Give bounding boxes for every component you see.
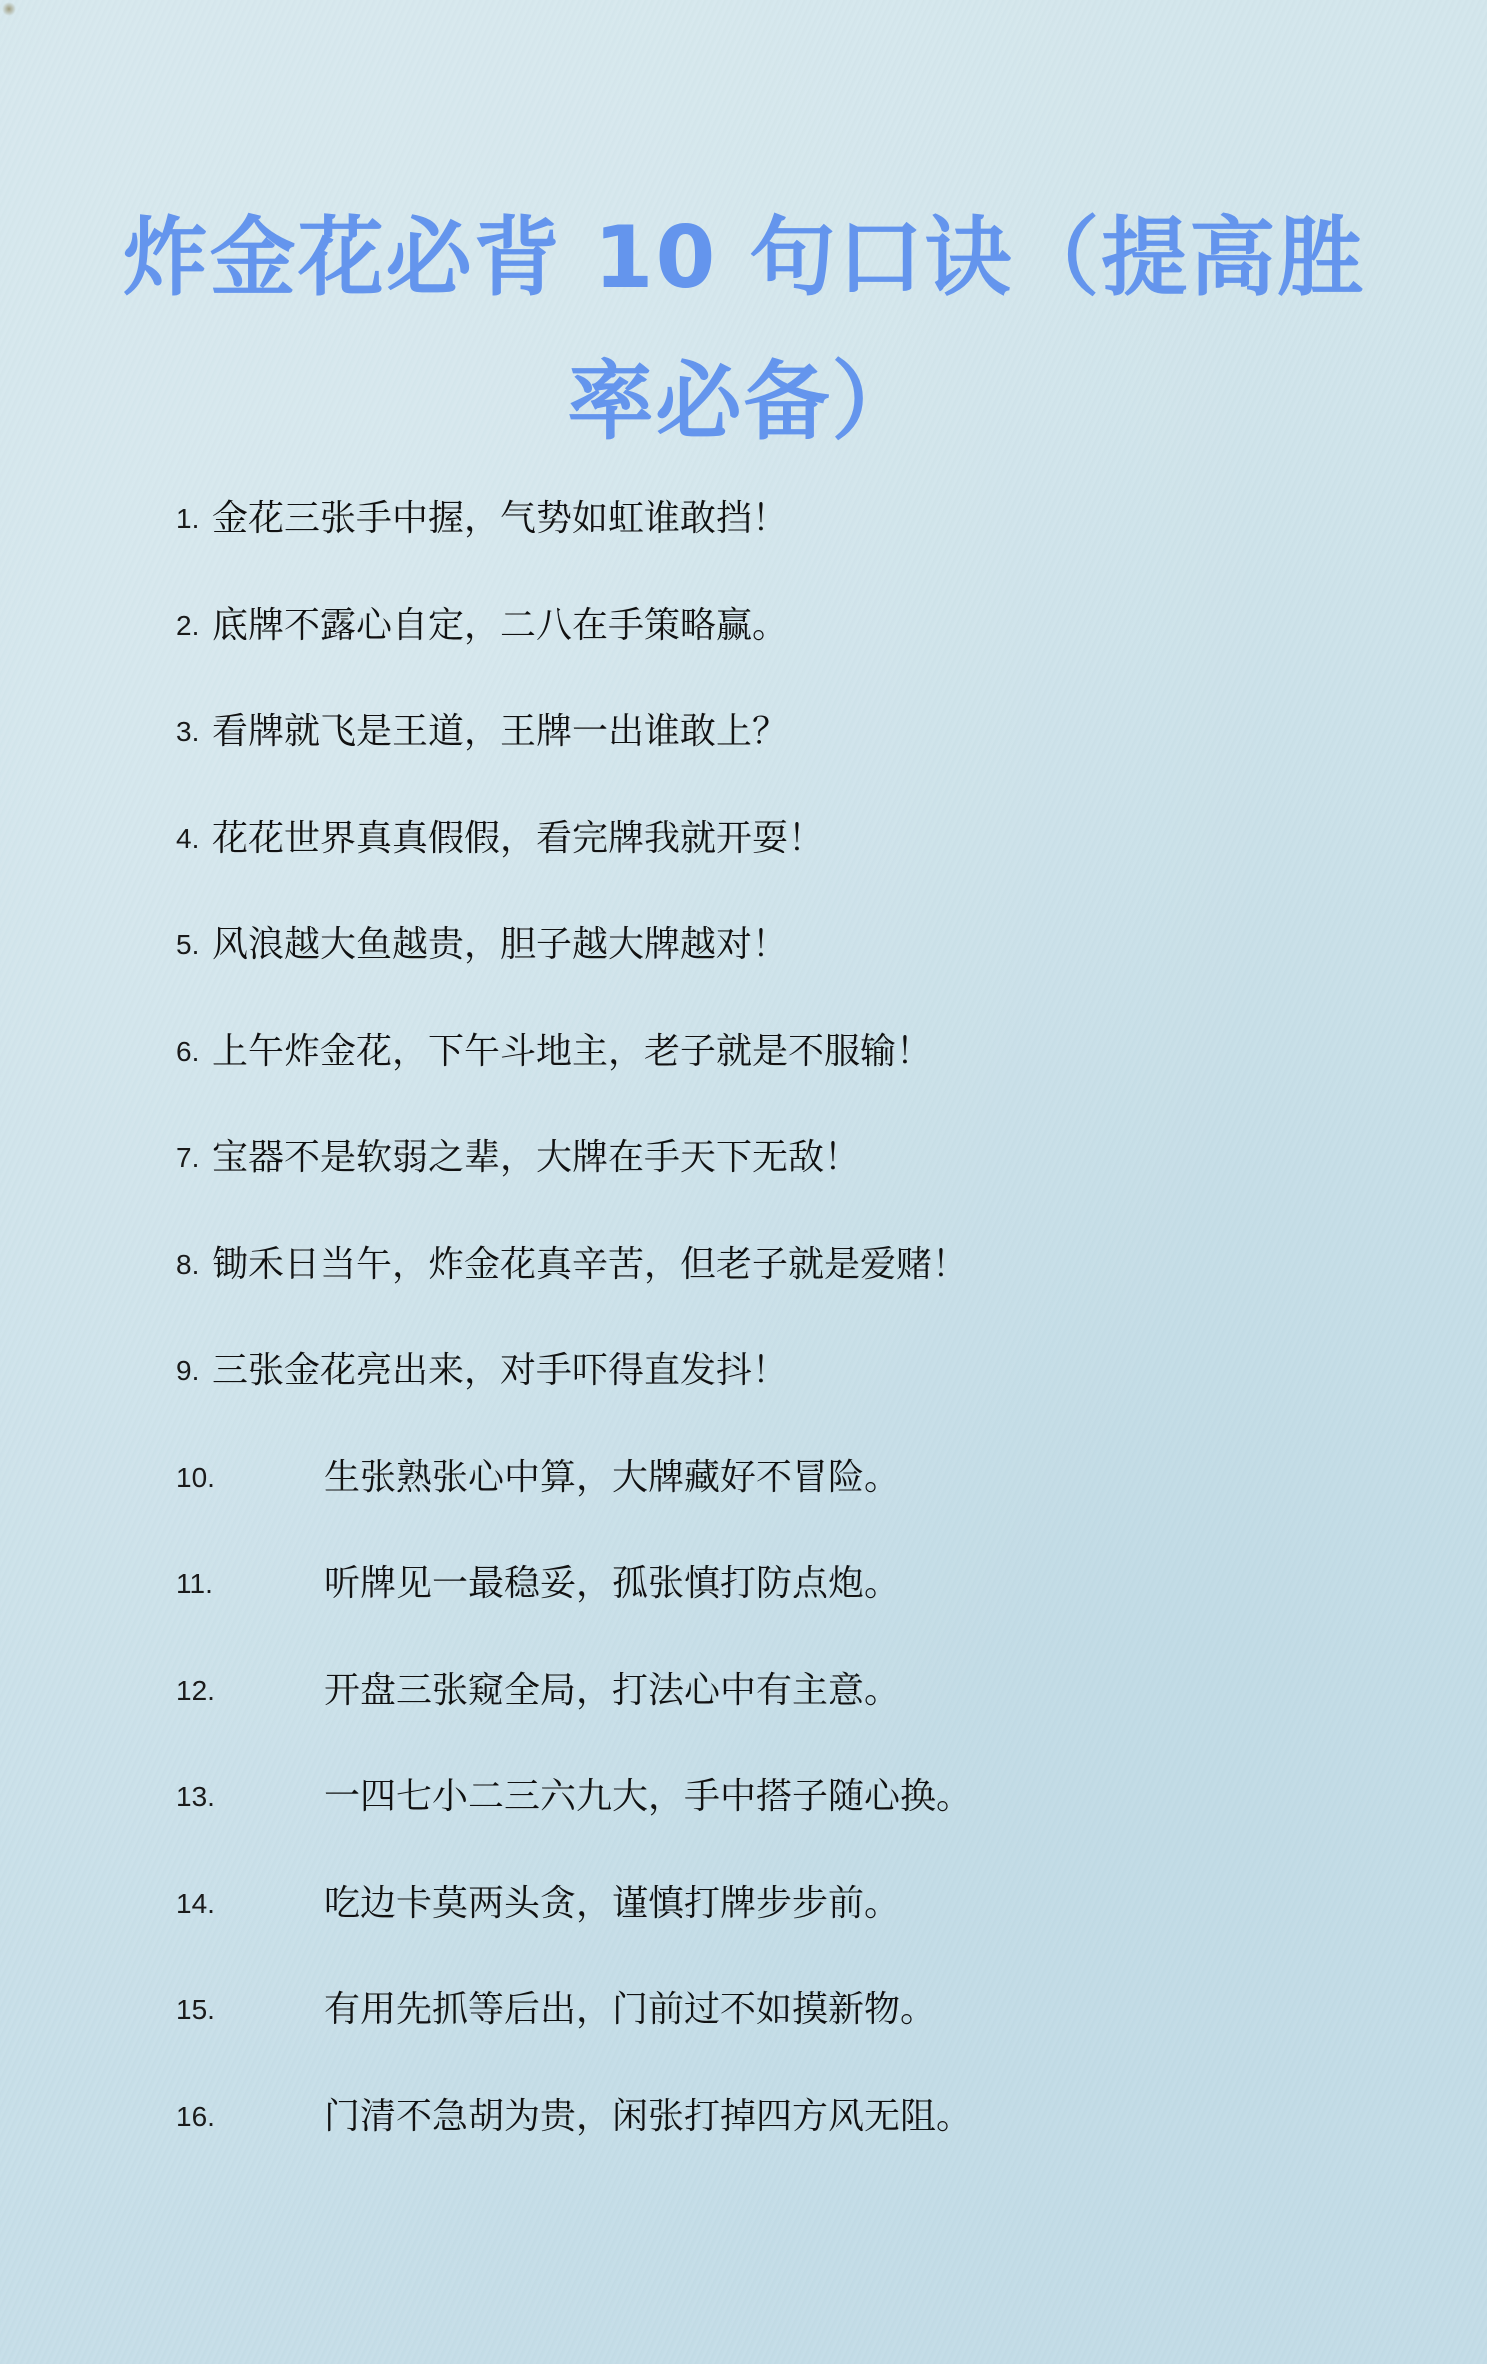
list-item: 15. 有用先抓等后出，门前过不如摸新物。 [176,1981,1376,2088]
list-item: 2. 底牌不露心自定，二八在手策略赢。 [176,597,1376,704]
item-text: 开盘三张窥全局，打法心中有主意。 [324,1662,900,1720]
item-number: 4. [176,810,212,868]
item-number: 13. [176,1768,324,1826]
item-number: 5. [176,916,212,974]
item-text: 生张熟张心中算，大牌藏好不冒险。 [324,1449,900,1507]
item-text: 听牌见一最稳妥，孤张慎打防点炮。 [324,1555,900,1613]
page-title: 炸金花必背 10 句口诀（提高胜 率必备） [0,186,1487,474]
item-number: 2. [176,597,212,655]
list-item: 10. 生张熟张心中算，大牌藏好不冒险。 [176,1449,1376,1556]
item-number: 12. [176,1662,324,1720]
item-number: 14. [176,1875,324,1933]
item-text: 金花三张手中握，气势如虹谁敢挡！ [212,490,788,548]
list-item: 13. 一四七小二三六九大，手中搭子随心换。 [176,1768,1376,1875]
list-item: 3. 看牌就飞是王道，王牌一出谁敢上？ [176,703,1376,810]
item-number: 6. [176,1023,212,1081]
paper-stain-mark [2,2,16,16]
item-text: 吃边卡莫两头贪，谨慎打牌步步前。 [324,1875,900,1933]
list-item: 5. 风浪越大鱼越贵，胆子越大牌越对！ [176,916,1376,1023]
list-item: 1. 金花三张手中握，气势如虹谁敢挡！ [176,490,1376,597]
item-number: 7. [176,1129,212,1187]
item-number: 15. [176,1981,324,2039]
item-text: 底牌不露心自定，二八在手策略赢。 [212,597,788,655]
title-line-2: 率必备） [0,330,1487,474]
item-text: 一四七小二三六九大，手中搭子随心换。 [324,1768,972,1826]
list-item: 4. 花花世界真真假假，看完牌我就开耍！ [176,810,1376,917]
item-number: 3. [176,703,212,761]
item-text: 上午炸金花，下午斗地主，老子就是不服输！ [212,1023,932,1081]
item-text: 锄禾日当午，炸金花真辛苦，但老子就是爱赌！ [212,1236,968,1294]
list-item: 6. 上午炸金花，下午斗地主，老子就是不服输！ [176,1023,1376,1130]
list-item: 7. 宝器不是软弱之辈，大牌在手天下无敌！ [176,1129,1376,1236]
item-text: 有用先抓等后出，门前过不如摸新物。 [324,1981,936,2039]
list-item: 12. 开盘三张窥全局，打法心中有主意。 [176,1662,1376,1769]
item-text: 三张金花亮出来，对手吓得直发抖！ [212,1342,788,1400]
list-item: 16. 门清不急胡为贵，闲张打掉四方风无阻。 [176,2088,1376,2195]
item-text: 看牌就飞是王道，王牌一出谁敢上？ [212,703,788,761]
list-item: 9. 三张金花亮出来，对手吓得直发抖！ [176,1342,1376,1449]
item-text: 风浪越大鱼越贵，胆子越大牌越对！ [212,916,788,974]
title-line-1: 炸金花必背 10 句口诀（提高胜 [0,186,1487,330]
item-number: 11. [176,1555,324,1613]
list-item: 8. 锄禾日当午，炸金花真辛苦，但老子就是爱赌！ [176,1236,1376,1343]
item-text: 花花世界真真假假，看完牌我就开耍！ [212,810,824,868]
item-number: 1. [176,490,212,548]
list-item: 11. 听牌见一最稳妥，孤张慎打防点炮。 [176,1555,1376,1662]
item-number: 8. [176,1236,212,1294]
item-number: 10. [176,1449,324,1507]
item-text: 宝器不是软弱之辈，大牌在手天下无敌！ [212,1129,860,1187]
item-number: 16. [176,2088,324,2146]
item-text: 门清不急胡为贵，闲张打掉四方风无阻。 [324,2088,972,2146]
tips-list: 1. 金花三张手中握，气势如虹谁敢挡！ 2. 底牌不露心自定，二八在手策略赢。 … [176,490,1376,2194]
item-number: 9. [176,1342,212,1400]
list-item: 14. 吃边卡莫两头贪，谨慎打牌步步前。 [176,1875,1376,1982]
